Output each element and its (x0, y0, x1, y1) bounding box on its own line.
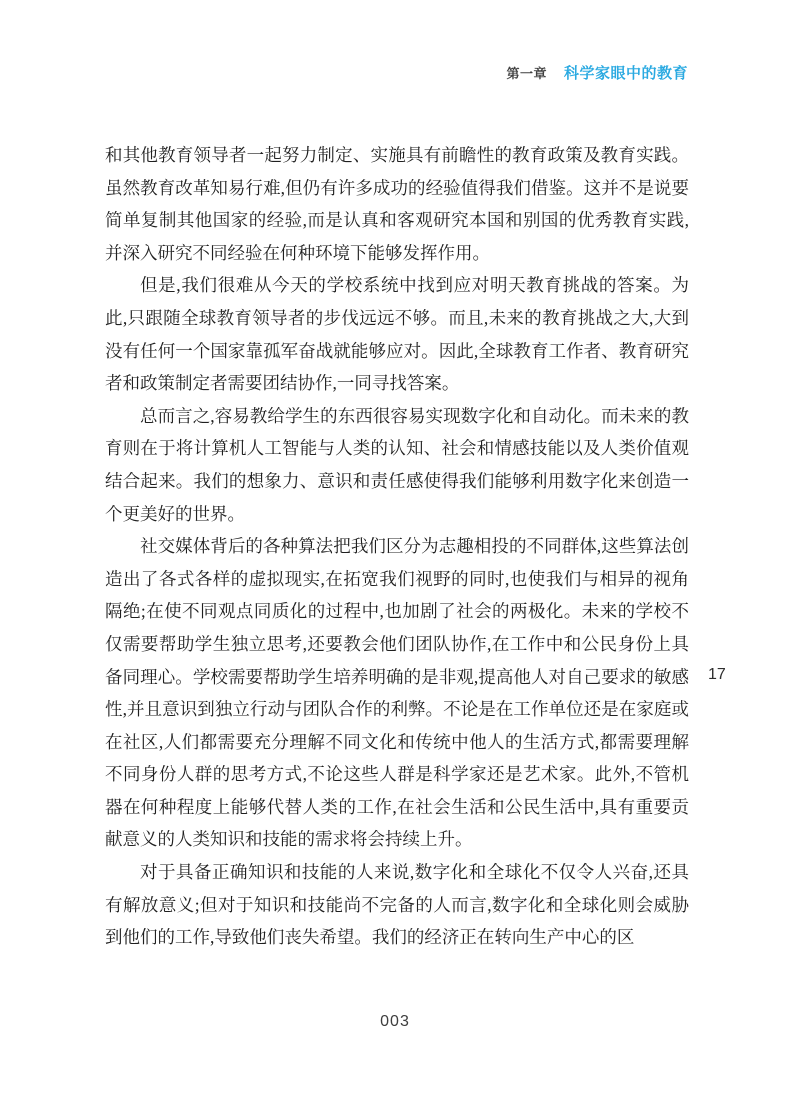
paragraph-3: 总而言之,容易教给学生的东西很容易实现数字化和自动化。而未来的教育则在于将计算机… (105, 400, 689, 530)
running-header: 第一章 科学家眼中的教育 (506, 62, 688, 83)
paragraph-2: 但是,我们很难从今天的学校系统中找到应对明天教育挑战的答案。为此,只跟随全球教育… (105, 269, 689, 399)
paragraph-1: 和其他教育领导者一起努力制定、实施具有前瞻性的教育政策及教育实践。虽然教育改革知… (105, 139, 689, 269)
chapter-title: 科学家眼中的教育 (564, 62, 688, 83)
book-page: 第一章 科学家眼中的教育 和其他教育领导者一起努力制定、实施具有前瞻性的教育政策… (0, 0, 790, 1106)
margin-page-ref: 17 (708, 666, 726, 684)
paragraph-5: 对于具备正确知识和技能的人来说,数字化和全球化不仅令人兴奋,还具有解放意义;但对… (105, 856, 689, 954)
page-number: 003 (0, 1013, 790, 1031)
body-text: 和其他教育领导者一起努力制定、实施具有前瞻性的教育政策及教育实践。虽然教育改革知… (105, 139, 689, 954)
chapter-label: 第一章 (506, 63, 547, 82)
paragraph-4: 社交媒体背后的各种算法把我们区分为志趣相投的不同群体,这些算法创造出了各式各样的… (105, 530, 689, 856)
